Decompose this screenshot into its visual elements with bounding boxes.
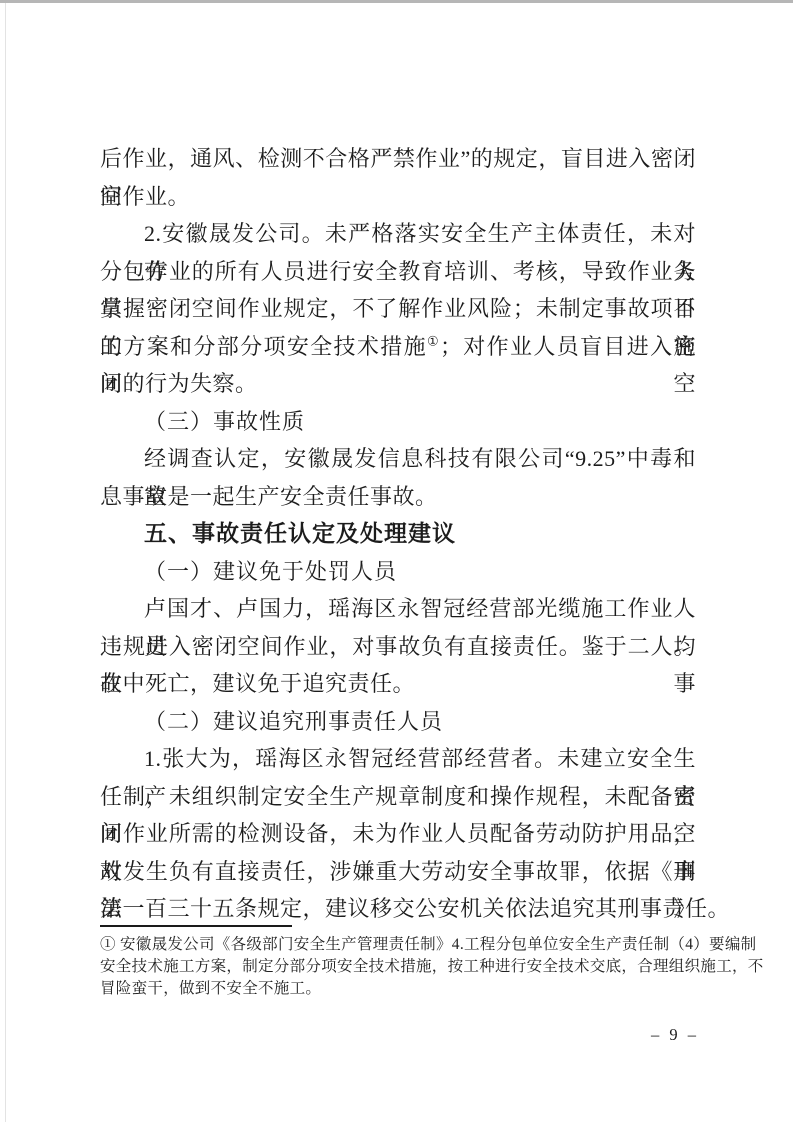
footnote-line: ① 安徽晟发公司《各级部门安全生产管理责任制》4.工程分包单位安全生产责任制（4… xyxy=(100,934,716,956)
text-line: 1.张大为，瑶海区永智冠经营部经营者。未建立安全生产责 xyxy=(100,740,696,778)
subheading-line: （一）建议免于处罚人员 xyxy=(100,553,696,591)
text-line: 后作业，通风、检测不合格严禁作业”的规定，盲目进入密闭空 xyxy=(100,140,696,178)
subheading-line: （二）建议追究刑事责任人员 xyxy=(100,703,696,741)
text-line: 间作业。 xyxy=(100,178,696,216)
footnote-line: 冒险蛮干，做到不安全不施工。 xyxy=(100,978,716,1000)
text-line: 第一百三十五条规定，建议移交公安机关依法追究其刑事责任。 xyxy=(100,890,696,928)
footnote: ① 安徽晟发公司《各级部门安全生产管理责任制》4.工程分包单位安全生产责任制（4… xyxy=(100,925,716,1000)
text-line: 息事故是一起生产安全责任事故。 xyxy=(100,478,696,516)
text-line: 工方案和分部分项安全技术措施①；对作业人员盲目进入密闭空 xyxy=(100,328,696,366)
text-line: 卢国才、卢国力，瑶海区永智冠经营部光缆施工作业人员。 xyxy=(100,590,696,628)
text-line: 2.安徽晟发公司。未严格落实安全生产主体责任，未对劳务 xyxy=(100,215,696,253)
footnote-marker-superscript: ① xyxy=(427,333,440,348)
subheading-line: （三）事故性质 xyxy=(100,403,696,441)
text-line: 间作业所需的检测设备，未为作业人员配备劳动防护用品，对事 xyxy=(100,815,696,853)
text-line: 分包作业的所有人员进行安全教育培训、考核，导致作业人员不 xyxy=(100,253,696,291)
text-line: 违规进入密闭空间作业，对事故负有直接责任。鉴于二人均在事 xyxy=(100,628,696,666)
text-line: 掌握密闭空间作业规定，不了解作业风险；未制定事故项目的施 xyxy=(100,290,696,328)
text-line: 故发生负有直接责任，涉嫌重大劳动安全事故罪，依据《刑法》 xyxy=(100,853,696,891)
scan-edge-left xyxy=(5,3,6,1122)
document-body: 后作业，通风、检测不合格严禁作业”的规定，盲目进入密闭空间作业。2.安徽晟发公司… xyxy=(100,140,696,928)
text-line: 经调查认定，安徽晟发信息科技有限公司“9.25”中毒和窒 xyxy=(100,440,696,478)
document-page: 后作业，通风、检测不合格严禁作业”的规定，盲目进入密闭空间作业。2.安徽晟发公司… xyxy=(0,0,793,1122)
footnote-divider xyxy=(100,925,292,927)
page-number: – 9 – xyxy=(630,1025,720,1045)
heading-line: 五、事故责任认定及处理建议 xyxy=(100,515,696,553)
text-line: 任制，未组织制定安全生产规章制度和操作规程，未配备密闭空 xyxy=(100,778,696,816)
footnote-line: 安全技术施工方案，制定分部分项安全技术措施，按工种进行安全技术交底，合理组织施工… xyxy=(100,956,716,978)
scan-edge-top xyxy=(0,0,793,3)
